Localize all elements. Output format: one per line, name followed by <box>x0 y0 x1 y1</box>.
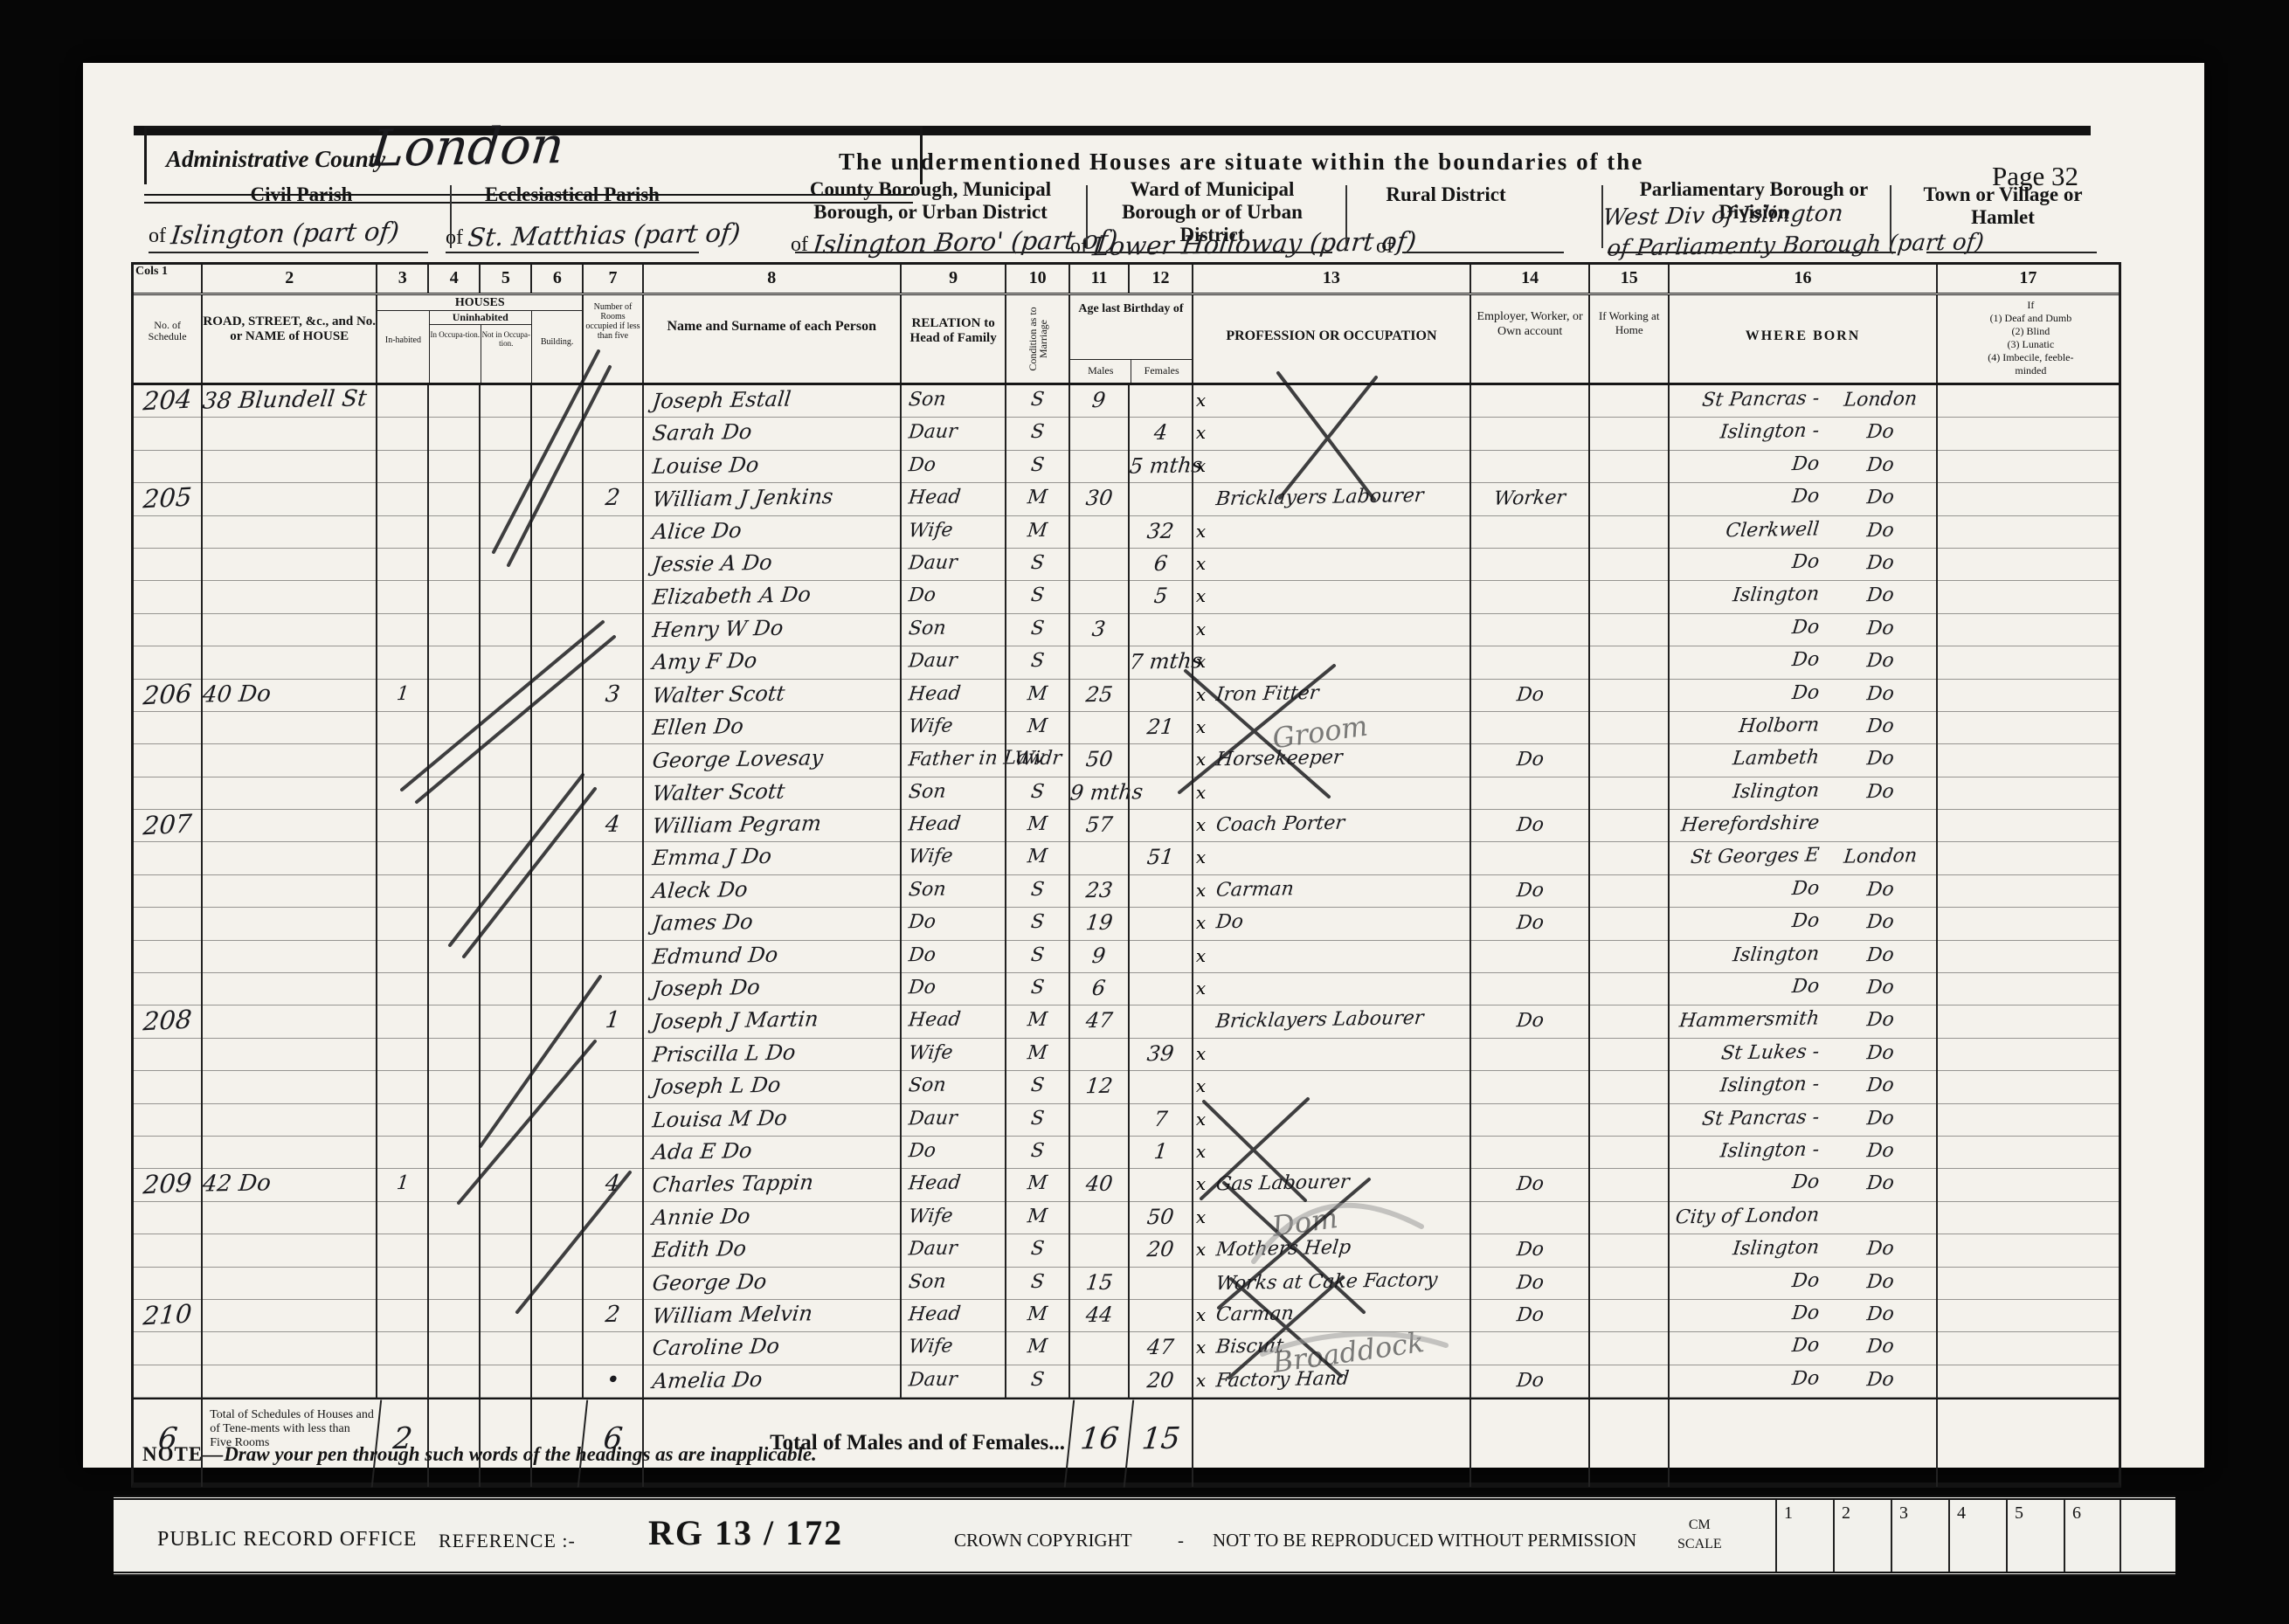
person-name: William Pegram <box>651 808 823 840</box>
person-name: Elizabeth A Do <box>651 580 813 612</box>
table-row: Alice Do Wife M 32 x ClerkwellDo <box>134 516 2119 549</box>
schedule-number: 206 <box>142 678 193 710</box>
table-row: Amy F Do Daur S 7 mths x DoDo <box>134 646 2119 679</box>
table-row: Jessie A Do Daur S 6 x DoDo <box>134 549 2119 581</box>
table-row: George Do Son S 15 Works at Cake Factory… <box>134 1268 2119 1300</box>
check-mark: x <box>1196 1071 1206 1101</box>
age-females: 21 <box>1145 712 1175 743</box>
totals-row: 6 Total of Schedules of Houses and of Te… <box>134 1398 2119 1482</box>
condition-value: S <box>1029 1103 1046 1133</box>
district-divider <box>450 185 452 248</box>
header-houses-group: HOUSES In-habited Uninhabited In Occupa-… <box>376 295 582 383</box>
header-infirmity: If (1) Deaf and Dumb (2) Blind (3) Lunat… <box>1936 295 2119 383</box>
condition-value: M <box>1027 1202 1049 1232</box>
employer-value: Do <box>1515 1170 1546 1200</box>
schedule-number: 207 <box>142 809 193 841</box>
table-row: 206 40 Do 1 3 Walter Scott Head M 25 xIr… <box>134 680 2119 712</box>
born-place: Do <box>1668 874 1826 909</box>
header-rooms: Number of Rooms occupied if less than fi… <box>582 295 641 383</box>
address-value: 42 Do <box>201 1169 273 1199</box>
born-county: Do <box>1822 1299 1938 1336</box>
relation-value: Son <box>907 385 947 416</box>
check-mark: x <box>1196 777 1206 807</box>
relation-value: Do <box>907 940 937 971</box>
table-row: 204 38 Blundell St Joseph Estall Son S 9… <box>134 385 2119 418</box>
header-age-group: Age last Birthday of Males Females <box>1068 295 1192 383</box>
born-county: Do <box>1822 1038 1938 1073</box>
born-county: Do <box>1822 548 1938 583</box>
born-place: Islington <box>1668 1234 1826 1269</box>
table-row: 205 2 William J Jenkins Head M 30 Brickl… <box>134 483 2119 515</box>
condition-value: M <box>1027 483 1049 513</box>
condition-value: M <box>1027 1005 1049 1035</box>
form-note: NOTE—Draw your pen through such words of… <box>142 1443 817 1466</box>
header-uninhabited: Uninhabited <box>430 311 531 325</box>
born-place: Do <box>1668 1364 1826 1399</box>
person-name: Louisa M Do <box>651 1102 789 1135</box>
schedule-number: 205 <box>142 482 193 515</box>
col-number: 2 <box>201 265 376 293</box>
of-prefix: of <box>446 226 463 249</box>
check-mark: x <box>1196 646 1206 676</box>
relation-value: Do <box>907 581 937 612</box>
schedule-number: 210 <box>142 1299 193 1331</box>
pencil-annotation: Dom <box>1270 1203 1339 1241</box>
condition-value: S <box>1029 549 1046 578</box>
condition-value: S <box>1029 777 1046 807</box>
table-row: 210 2 William Melvin Head M 44 xCarman D… <box>134 1300 2119 1332</box>
table-row: • Amelia Do Daur S 20 xFactory Hand Do D… <box>134 1365 2119 1398</box>
total-males: 16 <box>1064 1399 1133 1488</box>
table-row: Aleck Do Son S 23 xCarman Do DoDo <box>134 875 2119 908</box>
person-name: Annie Do <box>651 1201 751 1233</box>
born-county: Do <box>1822 1005 1938 1041</box>
born-place: Islington - <box>1668 417 1826 453</box>
occupation-value: Carman <box>1214 1299 1295 1330</box>
rooms-value: 1 <box>604 1005 621 1035</box>
born-county: Do <box>1822 646 1938 681</box>
condition-value: S <box>1029 614 1046 644</box>
check-mark: x <box>1196 1332 1206 1362</box>
born-county: Do <box>1822 777 1938 812</box>
person-name: William J Jenkins <box>651 481 834 515</box>
born-county: Do <box>1822 1331 1938 1366</box>
person-name: Louise Do <box>651 450 760 481</box>
col-number: 8 <box>642 265 900 293</box>
born-county: London <box>1822 384 1938 421</box>
person-name: George Do <box>651 1266 768 1297</box>
header-not-in-occupation: Not in Occupa-tion. <box>481 325 531 383</box>
born-place: Do <box>1668 612 1826 648</box>
dash: - <box>1178 1530 1184 1551</box>
col-number: 14 <box>1470 265 1588 293</box>
occupation-value: Bricklayers Labourer <box>1214 1004 1425 1037</box>
occupation-value: Carman <box>1214 874 1295 906</box>
person-name: Caroline Do <box>651 1331 781 1364</box>
county-borough-section: County Borough, Municipal Borough, or Ur… <box>791 178 1070 224</box>
header-building: Building. <box>531 311 583 383</box>
table-row: Sarah Do Daur S 4 x Islington -Do <box>134 418 2119 450</box>
age-females: 39 <box>1145 1039 1175 1069</box>
of-prefix: of <box>1070 235 1088 258</box>
relation-value: Daur <box>907 646 958 677</box>
age-females: 6 <box>1152 549 1169 578</box>
col-number: 15 <box>1588 265 1668 293</box>
relation-value: Head <box>907 679 962 709</box>
header-age: Age last Birthday of <box>1070 295 1192 359</box>
column-number-row: Cols 1 2 3 4 5 6 7 8 9 10 11 12 13 14 15… <box>134 265 2119 295</box>
person-name: Ada E Do <box>651 1136 753 1167</box>
ward-line <box>1070 252 1332 253</box>
town-village-line <box>1926 252 2097 253</box>
rooms-value: 4 <box>604 1169 621 1199</box>
age-males: 3 <box>1091 614 1108 644</box>
person-name: Amelia Do <box>651 1365 764 1396</box>
scale-tick: 4 <box>1948 1500 2006 1572</box>
age-females: 32 <box>1145 515 1175 546</box>
condition-value: M <box>1027 1300 1049 1330</box>
table-row: Caroline Do Wife M 47 xBiscuitBroaddock … <box>134 1332 2119 1365</box>
born-place: Do <box>1668 547 1826 583</box>
ecclesiastical-parish-section: Ecclesiastical Parish ofSt. Matthias (pa… <box>467 183 677 206</box>
person-name: Walter Scott <box>651 776 786 808</box>
age-males: 44 <box>1084 1300 1114 1330</box>
condition-value: S <box>1029 1234 1046 1264</box>
parliamentary-borough-section: Parliamentary Borough or Division West D… <box>1634 178 1874 224</box>
ward-section: Ward of Municipal Borough or of Urban Di… <box>1096 178 1328 246</box>
check-mark: x <box>1196 810 1206 840</box>
reference-value: RG 13 / 172 <box>648 1512 843 1553</box>
of-prefix: of <box>149 225 166 247</box>
relation-value: Son <box>907 777 947 807</box>
condition-value: S <box>1029 646 1046 676</box>
age-males: 50 <box>1084 744 1114 775</box>
scale-tick: 1 <box>1775 1500 1833 1572</box>
header-where-born: WHERE BORN <box>1668 295 1936 383</box>
age-females: 20 <box>1145 1365 1175 1395</box>
relation-value: Wife <box>907 842 954 873</box>
age-females: 50 <box>1145 1202 1175 1233</box>
census-scan-page: { "page": { "label": "Page 32" }, "heade… <box>0 0 2289 1624</box>
rooms-value: 2 <box>604 1300 621 1330</box>
table-row: George Lovesay Father in Law Widr 50 xHo… <box>134 744 2119 777</box>
born-county: Do <box>1822 940 1938 975</box>
column-header-row: No. of Schedule ROAD, STREET, &c., and N… <box>134 295 2119 385</box>
relation-value: Head <box>907 810 962 840</box>
check-mark: x <box>1196 516 1206 546</box>
town-village-label: Town or Village or Hamlet <box>1905 183 2101 229</box>
relation-value: Head <box>907 483 962 514</box>
cm-scale-label: CMSCALE <box>1677 1516 1722 1554</box>
employer-value: Do <box>1515 1235 1546 1266</box>
district-divider <box>1890 185 1891 248</box>
col-number: 13 <box>1192 265 1470 293</box>
parliamentary-borough-value: West Div of Islington <box>1601 201 1844 232</box>
header-schedule: No. of Schedule <box>134 295 201 383</box>
table-row: Henry W Do Son S 3 x DoDo <box>134 614 2119 646</box>
cm-scale-ruler: 123456 <box>1775 1500 2121 1572</box>
relation-value: Daur <box>907 418 958 448</box>
check-mark: x <box>1196 1169 1206 1199</box>
age-males: 25 <box>1084 679 1114 709</box>
condition-value: S <box>1029 875 1046 905</box>
cols-label: Cols 1 <box>134 265 201 293</box>
ecclesiastical-parish-value: St. Matthias (part of) <box>467 218 742 252</box>
inhabited-mark: 1 <box>395 679 411 708</box>
col-number: 16 <box>1668 265 1936 293</box>
table-row: Ada E Do Do S 1 x Islington -Do <box>134 1137 2119 1169</box>
condition-value: S <box>1029 941 1046 971</box>
age-males: 57 <box>1084 810 1114 840</box>
age-males: 9 <box>1091 941 1108 971</box>
check-mark: x <box>1196 842 1206 872</box>
table-row: Walter Scott Son S 9 mths x IslingtonDo <box>134 777 2119 810</box>
header-males: Males <box>1070 360 1131 383</box>
rooms-value: 3 <box>604 679 621 708</box>
born-county: Do <box>1822 907 1938 942</box>
check-mark: x <box>1196 581 1206 611</box>
born-place: Hammersmith <box>1668 1005 1826 1042</box>
born-county: Do <box>1822 1070 1938 1105</box>
rural-district-line <box>1402 252 1564 253</box>
table-row: Elizabeth A Do Do S 5 x IslingtonDo <box>134 581 2119 613</box>
col-number: 6 <box>530 265 582 293</box>
table-row: Ellen Do Wife M 21 xGroom HolbornDo <box>134 712 2119 744</box>
table-row: Louise Do Do S 5 mths x DoDo <box>134 451 2119 483</box>
header-houses: HOUSES <box>377 295 582 311</box>
civil-parish-label: Civil Parish <box>170 183 432 206</box>
table-row: Joseph L Do Son S 12 x Islington -Do <box>134 1071 2119 1103</box>
person-name: Joseph Estall <box>651 384 792 417</box>
person-name: Amy F Do <box>651 646 758 677</box>
address-value: 40 Do <box>201 679 273 709</box>
condition-value: S <box>1029 1365 1046 1395</box>
civil-parish-section: Civil Parish ofIslington (part of) <box>170 183 432 206</box>
born-county: Do <box>1822 972 1938 1007</box>
condition-value: M <box>1027 712 1049 742</box>
check-mark: x <box>1196 712 1206 742</box>
header-inhabited: In-habited <box>377 311 429 383</box>
condition-value: M <box>1027 679 1049 708</box>
rural-district-section: Rural District of <box>1359 183 1533 206</box>
born-county: Do <box>1822 874 1938 909</box>
inhabited-mark: 1 <box>395 1169 411 1199</box>
header-females: Females <box>1131 360 1191 383</box>
scale-tick: 5 <box>2006 1500 2064 1572</box>
header-at-home: If Working at Home <box>1588 295 1668 383</box>
parliamentary-borough-line <box>1608 252 1896 253</box>
condition-value: S <box>1029 581 1046 611</box>
district-divider <box>1601 185 1603 248</box>
born-place: Clerkwell <box>1668 515 1826 550</box>
condition-value: M <box>1027 842 1049 872</box>
occupation-value: Gas Labourer <box>1214 1168 1351 1200</box>
born-county: Do <box>1822 1365 1938 1399</box>
born-place: Islington <box>1668 776 1826 812</box>
born-place: Islington <box>1668 939 1826 975</box>
relation-value: Daur <box>907 548 958 578</box>
employer-value: Do <box>1515 680 1546 710</box>
employer-value: Do <box>1515 1365 1546 1396</box>
employer-value: Do <box>1515 876 1546 907</box>
table-row: James Do Do S 19 xDo Do DoDo <box>134 908 2119 940</box>
col-number: 12 <box>1128 265 1192 293</box>
person-name: Joseph J Martin <box>651 1005 819 1037</box>
check-mark: x <box>1196 680 1206 709</box>
employer-value: Do <box>1515 745 1546 776</box>
born-county: Do <box>1822 515 1938 549</box>
born-county <box>1822 1201 1938 1236</box>
relation-value: Wife <box>907 1332 954 1363</box>
relation-value: Do <box>907 973 937 1004</box>
person-name: William Melvin <box>651 1298 814 1330</box>
age-females: 1 <box>1152 1137 1169 1166</box>
born-place: St Georges E <box>1668 841 1826 877</box>
born-place: Do <box>1668 971 1826 1007</box>
age-females: 5 <box>1152 581 1169 611</box>
header-in-occupation: In Occupa-tion. <box>430 325 481 383</box>
age-females: 4 <box>1152 418 1169 447</box>
parliamentary-borough-value2: of Parliamenty Borough (part of) <box>1606 229 1985 262</box>
check-mark: x <box>1196 451 1206 480</box>
relation-value: Head <box>907 1299 962 1330</box>
relation-value: Daur <box>907 1234 958 1265</box>
relation-value: Head <box>907 1005 962 1036</box>
check-mark: x <box>1196 549 1206 578</box>
archive-reference-strip: PUBLIC RECORD OFFICE REFERENCE :- RG 13 … <box>114 1496 2175 1576</box>
schedule-number: 209 <box>142 1168 193 1200</box>
condition-value: S <box>1029 385 1046 415</box>
born-place: Islington - <box>1668 1070 1826 1106</box>
born-place: Do <box>1668 449 1826 485</box>
check-mark: x <box>1196 614 1206 644</box>
scale-tick: 6 <box>2064 1500 2121 1572</box>
age-females: 20 <box>1145 1234 1175 1265</box>
born-county: Do <box>1822 1102 1938 1137</box>
born-place: St Lukes - <box>1668 1037 1826 1073</box>
condition-value: S <box>1029 1137 1046 1166</box>
administrative-county-label: Administrative County <box>166 146 385 173</box>
age-males: 40 <box>1084 1169 1114 1199</box>
condition-value: Widr <box>1013 744 1063 775</box>
col-number: 9 <box>900 265 1005 293</box>
header-relation: RELATION to Head of Family <box>900 295 1005 383</box>
born-county: Do <box>1822 1136 1938 1171</box>
occupation-value: Works at Cake Factory <box>1214 1265 1439 1298</box>
employer-value: Do <box>1515 909 1546 939</box>
born-place: Holborn <box>1668 710 1826 746</box>
person-name: Sarah Do <box>651 417 753 448</box>
schedule-number: 204 <box>142 384 193 417</box>
condition-value: M <box>1027 1332 1049 1362</box>
table-row: Edmund Do Do S 9 x IslingtonDo <box>134 941 2119 973</box>
table-row: 209 42 Do 1 4 Charles Tappin Head M 40 x… <box>134 1169 2119 1201</box>
person-name: Walter Scott <box>651 678 786 710</box>
reproduction-notice: NOT TO BE REPRODUCED WITHOUT PERMISSION <box>1213 1530 1636 1551</box>
table-row: Priscilla L Do Wife M 39 x St Lukes -Do <box>134 1039 2119 1071</box>
header-occupation: PROFESSION OR OCCUPATION <box>1192 295 1470 383</box>
copyright-label: CROWN COPYRIGHT <box>954 1530 1132 1551</box>
born-place: Do <box>1668 678 1826 715</box>
born-county: Do <box>1822 711 1938 746</box>
person-name: Edmund Do <box>651 939 779 971</box>
county-borough-label: County Borough, Municipal Borough, or Ur… <box>791 178 1070 224</box>
situate-statement: The undermentioned Houses are situate wi… <box>839 149 1643 176</box>
age-males: 30 <box>1084 483 1114 514</box>
table-row: Louisa M Do Daur S 7 x St Pancras -Do <box>134 1104 2119 1137</box>
born-county: Do <box>1822 417 1938 452</box>
born-place: Do <box>1668 907 1826 943</box>
census-form-page: Administrative County London The underme… <box>83 63 2204 1468</box>
check-mark: x <box>1196 1234 1206 1264</box>
age-males: 9 <box>1091 385 1108 415</box>
condition-value: M <box>1027 515 1049 545</box>
born-place: St Pancras - <box>1668 1102 1826 1138</box>
born-county: Do <box>1822 743 1938 778</box>
born-place: Islington <box>1668 580 1826 616</box>
condition-value: S <box>1029 908 1046 937</box>
header-employer: Employer, Worker, or Own account <box>1470 295 1588 383</box>
employer-value: Do <box>1515 1301 1546 1331</box>
condition-value: M <box>1027 1039 1049 1068</box>
person-name: Edith Do <box>651 1234 748 1265</box>
check-mark: x <box>1196 1365 1206 1395</box>
total-females: 15 <box>1124 1399 1196 1487</box>
check-mark: x <box>1196 1202 1206 1232</box>
condition-value: S <box>1029 451 1046 480</box>
check-mark: x <box>1196 973 1206 1003</box>
relation-value: Wife <box>907 515 954 546</box>
employer-value: Do <box>1515 811 1546 841</box>
header-condition: Condition as to Marriage <box>1005 295 1068 383</box>
age-females: 47 <box>1145 1332 1175 1363</box>
born-place: City of London <box>1668 1200 1826 1236</box>
born-county: Do <box>1822 580 1938 615</box>
age-males: 19 <box>1084 908 1114 938</box>
relation-value: Do <box>907 451 937 481</box>
condition-value: S <box>1029 1267 1046 1296</box>
born-county: London <box>1822 841 1938 876</box>
age-males: 6 <box>1091 973 1108 1003</box>
born-county: Do <box>1822 482 1938 519</box>
check-mark: x <box>1196 941 1206 971</box>
relation-value: Son <box>907 1267 947 1297</box>
condition-value: M <box>1027 810 1049 840</box>
administrative-county-value: London <box>368 115 567 178</box>
col-number: 11 <box>1068 265 1128 293</box>
table-row: Joseph Do Do S 6 x DoDo <box>134 973 2119 1005</box>
age-females: 7 <box>1152 1103 1169 1133</box>
check-mark: x <box>1196 875 1206 905</box>
relation-value: Do <box>907 1137 937 1167</box>
person-name: George Lovesay <box>651 743 825 776</box>
reference-label: REFERENCE :- <box>439 1530 576 1552</box>
check-mark: x <box>1196 385 1206 415</box>
county-borough-line <box>795 252 1075 253</box>
person-name: Ellen Do <box>651 711 745 743</box>
age-males: 12 <box>1084 1071 1114 1102</box>
scale-tick: 3 <box>1891 1500 1948 1572</box>
col-number: 17 <box>1936 265 2119 293</box>
table-row: Emma J Do Wife M 51 x St Georges ELondon <box>134 842 2119 874</box>
person-name: Priscilla L Do <box>651 1037 797 1069</box>
town-village-section: Town or Village or Hamlet <box>1905 183 2101 229</box>
condition-value: S <box>1029 418 1046 447</box>
header-name: Name and Surname of each Person <box>642 295 900 383</box>
employer-value: Worker <box>1492 483 1566 514</box>
age-males: 23 <box>1084 875 1114 906</box>
census-table: Cols 1 2 3 4 5 6 7 8 9 10 11 12 13 14 15… <box>131 262 2121 1488</box>
